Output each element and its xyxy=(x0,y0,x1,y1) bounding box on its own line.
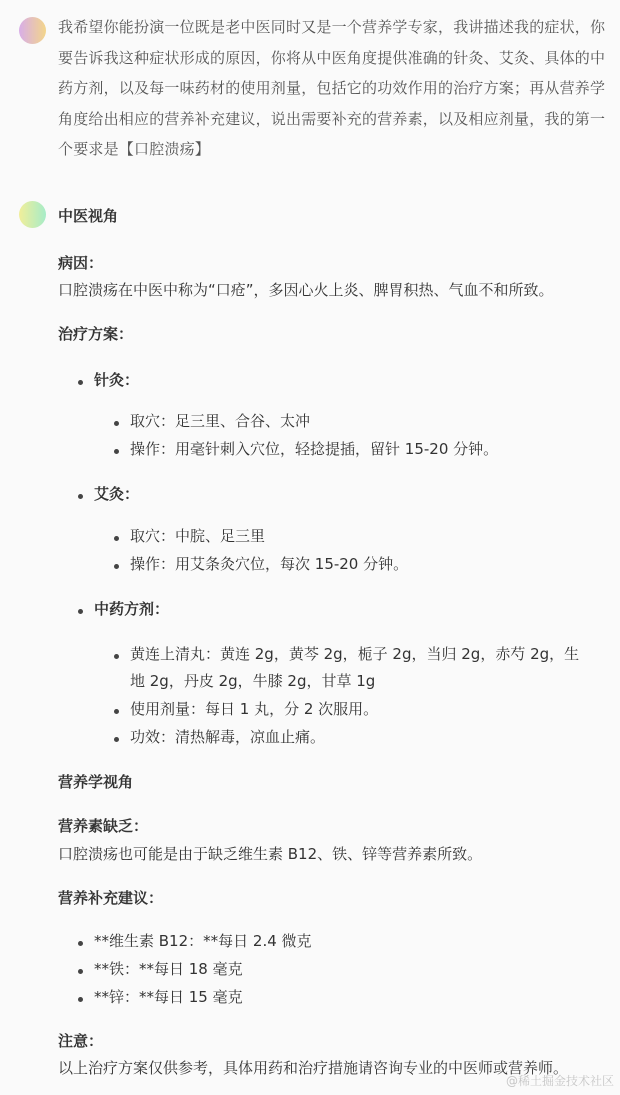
list-item: 功效：清热解毒，凉血止痛。 xyxy=(130,726,325,747)
bullet-icon xyxy=(114,421,119,426)
list-item: 黄连上清丸：黄连 2g，黄芩 2g，栀子 2g，当归 2g，赤芍 2g，生 xyxy=(130,643,579,664)
cause-text: 口腔溃疡在中医中称为“口疮”，多因心火上炎、脾胃积热、气血不和所致。 xyxy=(58,279,554,300)
plan-label: 治疗方案： xyxy=(58,323,133,344)
bullet-icon xyxy=(78,997,83,1002)
bot-avatar xyxy=(19,201,46,228)
bullet-icon xyxy=(78,941,83,946)
bullet-icon xyxy=(78,609,83,614)
bullet-icon xyxy=(114,564,119,569)
bullet-icon xyxy=(114,536,119,541)
list-item: 操作：用毫针刺入穴位，轻捻提插，留针 15-20 分钟。 xyxy=(130,438,498,459)
user-message-text: 我希望你能扮演一位既是老中医同时又是一个营养学专家，我讲描述我的症状，你要告诉我… xyxy=(58,12,608,165)
watermark: @稀土掘金技术社区 xyxy=(506,1072,614,1089)
bullet-icon xyxy=(114,449,119,454)
list-item: **维生素 B12：**每日 2.4 微克 xyxy=(94,930,312,951)
bullet-icon xyxy=(114,709,119,714)
plan-group-herbal-title: 中药方剂： xyxy=(94,598,169,619)
cause-label: 病因： xyxy=(58,252,103,273)
bullet-icon xyxy=(78,494,83,499)
list-item: **铁：**每日 18 毫克 xyxy=(94,958,243,979)
list-item: **锌：**每日 15 毫克 xyxy=(94,986,243,1007)
list-item: 取穴：中脘、足三里 xyxy=(130,525,265,546)
list-item: 使用剂量：每日 1 丸，分 2 次服用。 xyxy=(130,698,378,719)
bullet-icon xyxy=(114,737,119,742)
list-item: 操作：用艾条灸穴位，每次 15-20 分钟。 xyxy=(130,553,408,574)
deficiency-label: 营养素缺乏： xyxy=(58,815,148,836)
user-avatar xyxy=(19,17,46,44)
nutrition-heading: 营养学视角 xyxy=(58,771,133,792)
bullet-icon xyxy=(114,654,119,659)
bullet-icon xyxy=(78,969,83,974)
supplement-label: 营养补充建议： xyxy=(58,887,163,908)
plan-group-moxibustion-title: 艾灸： xyxy=(94,483,139,504)
list-item-continuation: 地 2g，丹皮 2g，牛膝 2g，甘草 1g xyxy=(130,670,375,691)
deficiency-text: 口腔溃疡也可能是由于缺乏维生素 B12、铁、锌等营养素所致。 xyxy=(58,843,482,864)
plan-group-acupuncture-title: 针灸： xyxy=(94,369,139,390)
list-item: 取穴：足三里、合谷、太冲 xyxy=(130,410,310,431)
note-text: 以上治疗方案仅供参考，具体用药和治疗措施请咨询专业的中医师或营养师。 xyxy=(58,1057,568,1078)
tcm-heading: 中医视角 xyxy=(58,205,118,226)
bullet-icon xyxy=(78,380,83,385)
note-label: 注意： xyxy=(58,1030,103,1051)
